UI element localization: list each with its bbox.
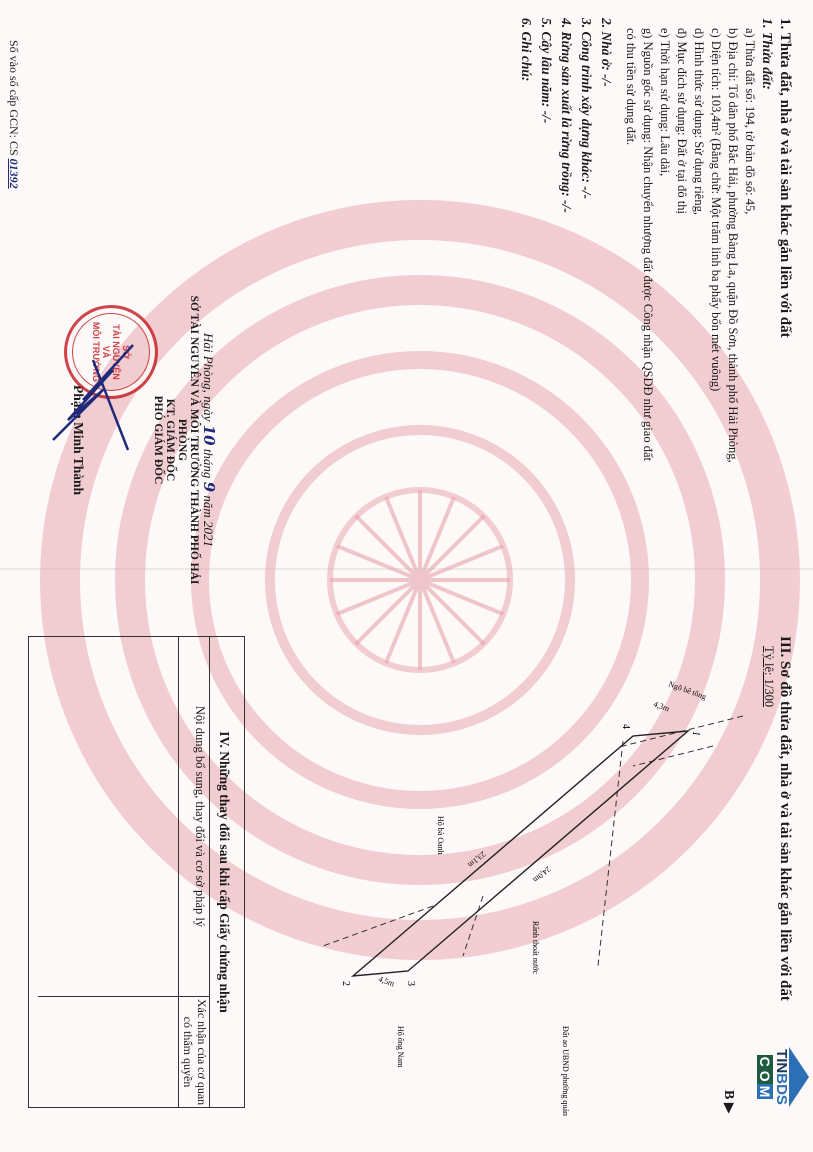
- address-line: b) Địa chỉ: Tổ dân phố Bắc Hải, phường B…: [724, 28, 741, 558]
- usage-term-line: e) Thời hạn sử dụng: Lâu dài,: [656, 28, 673, 558]
- drain-label: Rãnh thoát nước: [531, 921, 540, 974]
- point-1: 1: [690, 731, 701, 736]
- perennial-item: 5. Cây lâu năm: -/-: [536, 18, 556, 558]
- section-diagram: III. Sơ đồ thửa đất, nhà ở và tài sản kh…: [3, 636, 793, 1136]
- date-prefix: Hải Phòng, ngày: [201, 333, 216, 421]
- changes-col-content: Nội dung bổ sung, thay đổi và cơ sở pháp…: [179, 637, 209, 997]
- north-compass: B ▶: [720, 1090, 737, 1114]
- handwritten-signature: [43, 340, 153, 460]
- section1-subtitle: 1. Thửa đất:: [758, 18, 774, 558]
- point-3: 3: [405, 981, 416, 986]
- notes-item: 6. Ghi chú:: [516, 18, 536, 558]
- issue-date: Hải Phòng, ngày 10 tháng 9 năm 2021: [200, 280, 218, 600]
- section1-title: 1. Thửa đất, nhà ở và tài sản khác gắn l…: [776, 18, 793, 558]
- registry-label: Số vào sổ cấp GCN: CS: [7, 40, 21, 156]
- area-line: c) Diện tích: 103,4m² (Bằng chữ: Một tră…: [707, 28, 724, 558]
- forest-item: 4. Rừng sản xuất là rừng trồng: -/-: [556, 18, 576, 558]
- neighbor-left: Hộ bà Oanh: [436, 816, 445, 855]
- parcel-diagram: 1 2 3 4 Ngõ bê tông4,3m23,1m24,0m4,5mHộ …: [293, 636, 763, 1116]
- road-label: Ngõ bê tông: [667, 679, 707, 701]
- section4-title: IV. Những thay đổi sau khi cấp Giấy chứn…: [209, 637, 244, 1107]
- registry-value: 01392: [7, 159, 21, 189]
- neighbor-right: Đất ao UBND phường quản lý: [561, 1026, 570, 1116]
- changes-table: IV. Những thay đổi sau khi cấp Giấy chứn…: [28, 636, 245, 1108]
- issuing-org: SỞ TÀI NGUYÊN VÀ MÔI TRƯỜNG THÀNH PHỐ HẢ…: [176, 280, 200, 600]
- land-parcel-line: a) Thửa đất số: 194, tờ bản đồ số: 45,: [741, 28, 758, 558]
- arrow-right-icon: ▶: [721, 1103, 736, 1114]
- date-month: 9: [200, 482, 218, 492]
- edge-bottom-length: 4,5m: [377, 974, 396, 988]
- role-line1: KT. GIÁM ĐỐC: [164, 280, 176, 600]
- edge-right-length: 24,0m: [531, 864, 553, 884]
- certificate-page: TINBDS C O M 1. Thửa đất, nhà ở và tài s…: [0, 0, 813, 1152]
- registry-number: Số vào sổ cấp GCN: CS 01392: [6, 40, 21, 189]
- compass-label: B: [721, 1090, 736, 1099]
- section3-title: III. Sơ đồ thửa đất, nhà ở và tài sản kh…: [776, 636, 793, 1136]
- origin-line-cont: có thu tiền sử dụng đất.: [622, 28, 639, 558]
- usage-purpose-line: đ) Mục đích sử dụng: Đất ở tại đô thị: [673, 28, 690, 558]
- scale-label: Tỷ lệ: 1/300: [761, 646, 776, 1136]
- changes-content-cell: [38, 637, 178, 997]
- date-day: 10: [200, 425, 218, 446]
- usage-form-line: d) Hình thức sử dụng: Sử dụng riêng,: [690, 28, 707, 558]
- point-4: 4: [620, 724, 631, 729]
- origin-line: g) Nguồn gốc sử dụng: Nhận chuyển nhượng…: [639, 28, 656, 558]
- date-month-label: tháng: [201, 449, 216, 479]
- changes-confirmation-cell: [38, 997, 178, 1107]
- changes-col-confirmation: Xác nhận của cơ quan có thẩm quyền: [179, 997, 209, 1107]
- house-item: 2. Nhà ở: -/-: [596, 18, 616, 558]
- edge-left-length: 23,1m: [466, 849, 488, 869]
- neighbor-bottom: Hộ ông Nam: [396, 1026, 405, 1068]
- date-year: năm 2021: [201, 495, 216, 547]
- point-2: 2: [340, 981, 351, 986]
- edge-top-length: 4,3m: [652, 699, 671, 713]
- construction-item: 3. Công trình xây dựng khác: -/-: [576, 18, 596, 558]
- role-line2: PHÓ GIÁM ĐỐC: [152, 280, 164, 600]
